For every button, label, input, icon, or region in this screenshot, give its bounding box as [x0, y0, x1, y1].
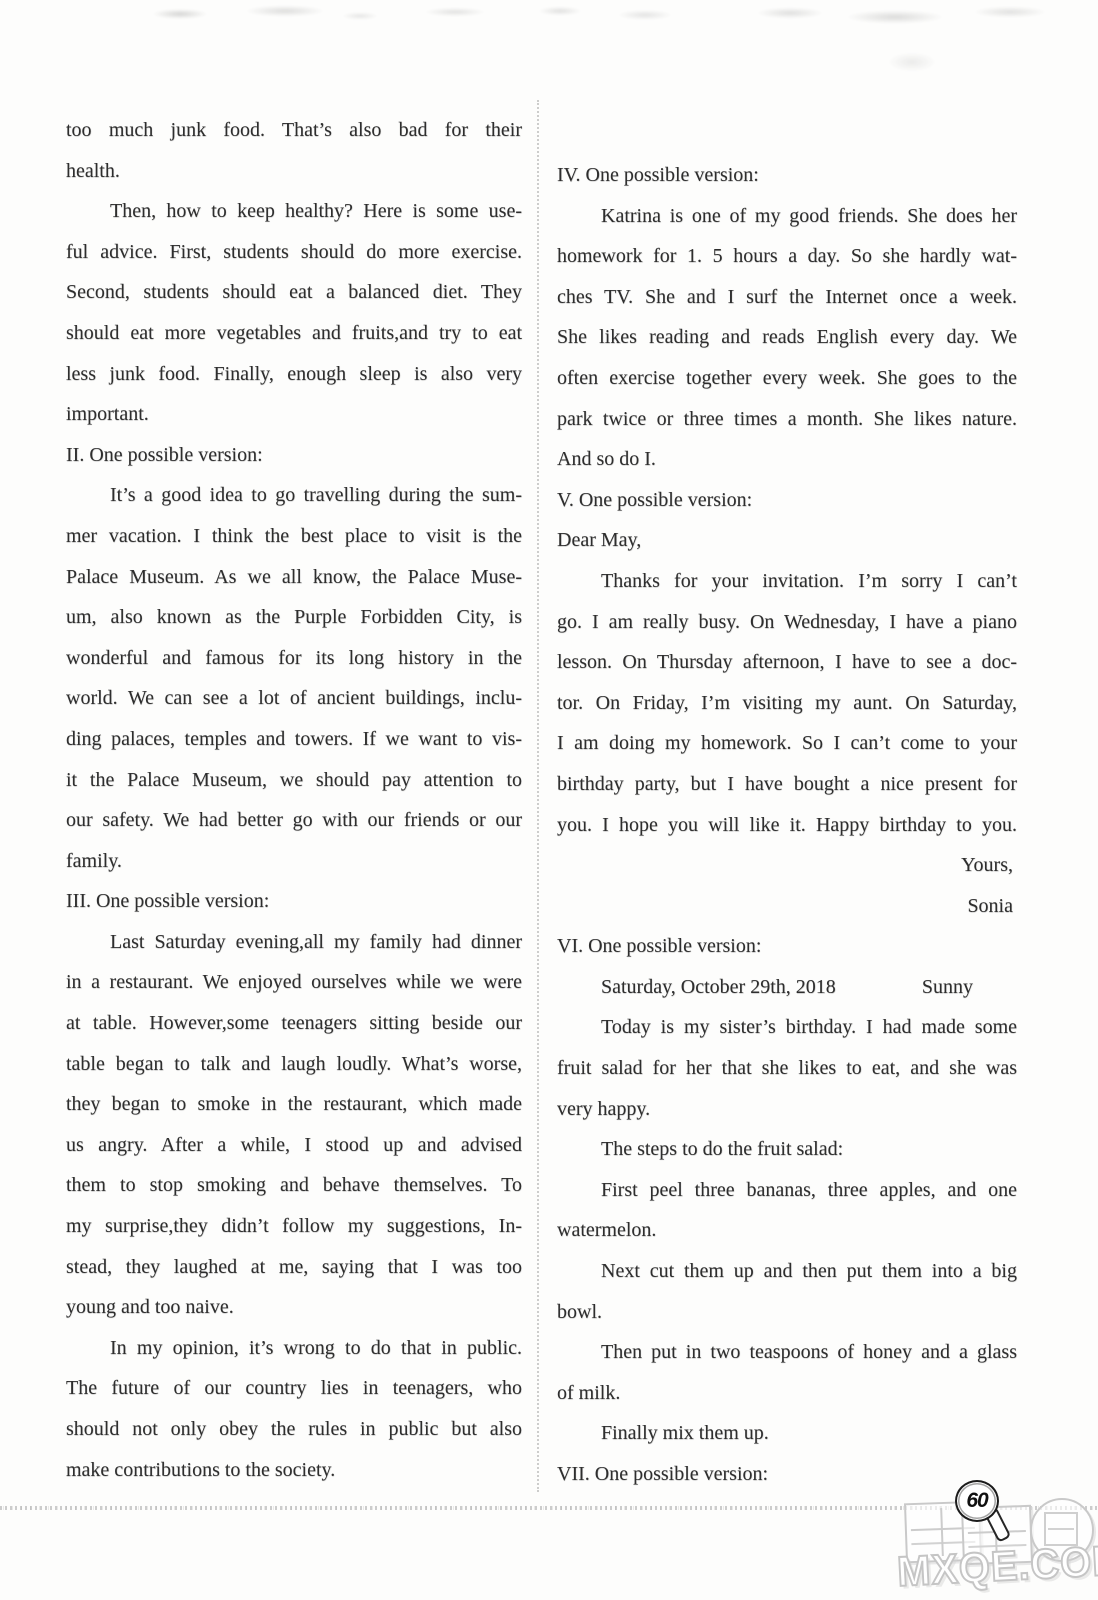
text-line: them to stop smoking and behave themselv…: [66, 1165, 522, 1206]
text-line: park twice or three times a month. She l…: [557, 399, 1017, 440]
page-number: 60: [966, 1489, 987, 1513]
text-line: tor. On Friday, I’m visiting my aunt. On…: [557, 683, 1017, 724]
text-line: ches TV. She and I surf the Internet onc…: [557, 277, 1017, 318]
text-line: She likes reading and reads English ever…: [557, 317, 1017, 358]
text-line: First peel three bananas, three apples, …: [557, 1170, 1017, 1211]
text-line: bowl.: [557, 1292, 1017, 1333]
text-line: And so do I.: [557, 439, 1017, 480]
text-line: In my opinion, it’s wrong to do that in …: [66, 1328, 522, 1369]
text-line: wonderful and famous for its long histor…: [66, 638, 522, 679]
column-divider: [537, 100, 539, 1492]
text-line: ding palaces, temples and towers. If we …: [66, 719, 522, 760]
text-line: ful advice. First, students should do mo…: [66, 232, 522, 273]
text-line: stead, they laughed at me, saying that I…: [66, 1247, 522, 1288]
text-line: Last Saturday evening,all my family had …: [66, 922, 522, 963]
text-line: world. We can see a lot of ancient build…: [66, 678, 522, 719]
text-line: Thanks for your invitation. I’m sorry I …: [557, 561, 1017, 602]
diary-date-line: Saturday, October 29th, 2018Sunny: [557, 967, 1017, 1008]
text-line: III. One possible version:: [66, 881, 522, 922]
text-line: IV. One possible version:: [557, 155, 1017, 196]
text-line: family.: [66, 841, 522, 882]
text-line: Then, how to keep healthy? Here is some …: [66, 191, 522, 232]
text-line: should eat more vegetables and fruits,an…: [66, 313, 522, 354]
text-line: Today is my sister’s birthday. I had mad…: [557, 1007, 1017, 1048]
text-line: important.: [66, 394, 522, 435]
text-line: should not only obey the rules in public…: [66, 1409, 522, 1450]
text-line: mer vacation. I think the best place to …: [66, 516, 522, 557]
text-line: lesson. On Thursday afternoon, I have to…: [557, 642, 1017, 683]
text-line: fruit salad for her that she likes to ea…: [557, 1048, 1017, 1089]
text-line: VI. One possible version:: [557, 926, 1017, 967]
text-line: Second, students should eat a balanced d…: [66, 272, 522, 313]
text-line: The steps to do the fruit salad:: [557, 1129, 1017, 1170]
text-line: V. One possible version:: [557, 480, 1017, 521]
text-line: birthday party, but I have bought a nice…: [557, 764, 1017, 805]
text-line: The future of our country lies in teenag…: [66, 1368, 522, 1409]
text-line: Then put in two teaspoons of honey and a…: [557, 1332, 1017, 1373]
text-line: um, also known as the Purple Forbidden C…: [66, 597, 522, 638]
text-line: they began to smoke in the restaurant, w…: [66, 1084, 522, 1125]
left-column: too much junk food. That’s also bad for …: [66, 110, 522, 1490]
text-line: our safety. We had better go with our fr…: [66, 800, 522, 841]
text-line: make contributions to the society.: [66, 1450, 522, 1491]
text-line: young and too naive.: [66, 1287, 522, 1328]
text-line: II. One possible version:: [66, 435, 522, 476]
text-line: it the Palace Museum, we should pay atte…: [66, 760, 522, 801]
text-line: Next cut them up and then put them into …: [557, 1251, 1017, 1292]
text-line: Palace Museum. As we all know, the Palac…: [66, 557, 522, 598]
text-line: very happy.: [557, 1089, 1017, 1130]
text-line: of milk.: [557, 1373, 1017, 1414]
text-line: Sonia: [557, 886, 1017, 927]
text-line: often exercise together every week. She …: [557, 358, 1017, 399]
text-line: less junk food. Finally, enough sleep is…: [66, 354, 522, 395]
text-line: It’s a good idea to go travelling during…: [66, 475, 522, 516]
text-line: my surprise,they didn’t follow my sugges…: [66, 1206, 522, 1247]
date-text: Saturday, October 29th, 2018: [601, 967, 836, 1008]
text-line: us angry. After a while, I stood up and …: [66, 1125, 522, 1166]
text-line: homework for 1. 5 hours a day. So she ha…: [557, 236, 1017, 277]
text-line: health.: [66, 151, 522, 192]
text-line: Finally mix them up.: [557, 1413, 1017, 1454]
text-line: you. I hope you will like it. Happy birt…: [557, 805, 1017, 846]
text-line: I am doing my homework. So I can’t come …: [557, 723, 1017, 764]
weather-text: Sunny: [922, 967, 973, 1008]
text-line: Yours,: [557, 845, 1017, 886]
text-line: watermelon.: [557, 1210, 1017, 1251]
text-line: go. I am really busy. On Wednesday, I ha…: [557, 602, 1017, 643]
text-line: VII. One possible version:: [557, 1454, 1017, 1495]
scanned-answer-page: too much junk food. That’s also bad for …: [0, 0, 1098, 1600]
text-line: in a restaurant. We enjoyed ourselves wh…: [66, 962, 522, 1003]
scan-noise: [0, 0, 1098, 95]
text-line: Dear May,: [557, 520, 1017, 561]
text-line: too much junk food. That’s also bad for …: [66, 110, 522, 151]
right-column: IV. One possible version:Katrina is one …: [557, 155, 1017, 1495]
text-line: at table. However,some teenagers sitting…: [66, 1003, 522, 1044]
page-number-circle: 60: [955, 1480, 999, 1522]
text-line: Katrina is one of my good friends. She d…: [557, 196, 1017, 237]
text-line: table began to talk and laugh loudly. Wh…: [66, 1044, 522, 1085]
